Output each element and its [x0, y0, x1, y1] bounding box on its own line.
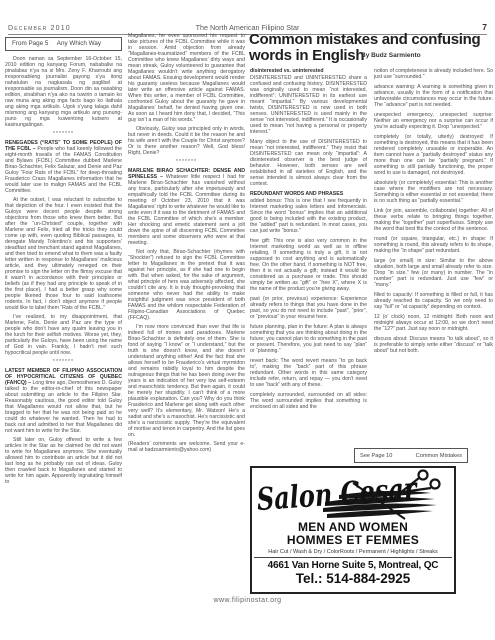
article-paragraph: absolutely (or completely) essential: Th… [374, 180, 493, 204]
english-article-column-2: notion of completeness is already includ… [374, 68, 493, 446]
article-paragraph: advance warning: A warning is something … [374, 84, 493, 108]
paragraph-text: Long time ago, Demosthenes D. Guloy talk… [5, 380, 122, 434]
article-paragraph: completely surrounded, surrounded on all… [250, 392, 367, 410]
article-paragraph: free gift: This one is also very common … [250, 238, 367, 292]
section-heading: REDUNDANT WORDS AND PHRASES [250, 191, 367, 197]
column-title: Any Which Way [57, 41, 101, 47]
see-page-label: See Page 10 [360, 453, 392, 459]
website-footer: www.filipinostar.org [0, 597, 495, 604]
continued-from-label: From Page 5 [12, 41, 48, 47]
article-paragraph: revert back: The word revert means “to g… [250, 358, 367, 388]
continued-on-box: See Page 10 Common Mistakes [354, 448, 468, 463]
ad-phone: Tel.: 514-884-2925 [254, 571, 452, 586]
paragraph-text: People who had keenly followed the eight… [5, 146, 122, 194]
article-paragraph: Still later on, Guloy offered to write a… [5, 437, 122, 485]
salon-cesar-logo: Salon Cesar [255, 469, 451, 521]
section-separator: ******* [5, 359, 122, 365]
ad-line-hommes-femmes: HOMMES ET FEMMES [254, 534, 452, 547]
english-article-column-1: disinterested vs. uninterested DISINTERE… [250, 68, 367, 464]
ad-address: 4661 Van Horne Suite 5, Montreal, QC [254, 560, 452, 571]
ad-services-list: Hair Cut / Wash & Dry / ColorRoots / Per… [254, 549, 452, 558]
article-paragraph: past (or prior, previous) experience: Ex… [250, 296, 367, 320]
see-page-article: Common Mistakes [416, 453, 462, 459]
article-paragraph: completely (or totally, utterly) destroy… [374, 134, 493, 176]
article-paragraph: Not only that, Birao-Schachter (rhymes w… [128, 249, 245, 321]
article-paragraph: round (or square, triangular, etc.) in s… [374, 236, 493, 254]
any-which-way-column-2: Magallanes, he even sponsored his reques… [128, 33, 245, 564]
article-paragraph: notion of completeness is already includ… [374, 68, 493, 80]
article-paragraph: I’m now more convinced than ever that li… [128, 324, 245, 438]
paragraph-text: Whatever little respect I had for Marlen… [128, 174, 245, 246]
article-paragraph: Doon naman sa September 16-October 15, 2… [5, 56, 122, 128]
article-paragraph: Obviously, Guloy was principled only in … [128, 126, 245, 156]
article-paragraph: discuss about: Discuss means “to talk ab… [374, 336, 493, 354]
article-paragraph: future planning, plan in the future: A p… [250, 324, 367, 354]
section-separator: ******* [5, 131, 122, 137]
any-which-way-column-1: From Page 5 Any Which Way Doon naman sa … [5, 37, 122, 564]
readers-note: (Readers’ comments are welcome. Send you… [128, 441, 245, 453]
term-heading: disinterested vs. uninterested [250, 68, 367, 74]
section-separator: ******* [128, 159, 245, 165]
english-article-header: Common mistakes and confusing words in E… [249, 32, 494, 63]
article-paragraph: large (or small) in size: Similar to the… [374, 258, 493, 288]
article-paragraph: unexpected emergency, unexpected surpris… [374, 112, 493, 130]
article-paragraph: I’ve realized, to my disappointment, tha… [5, 314, 122, 356]
article-paragraph: Many object to the use of DISINTERESTED … [250, 139, 367, 187]
continued-from-box: From Page 5 Any Which Way [5, 37, 122, 51]
article-paragraph: RENEGADES (“RATS” TO SOME PEOPLE) OF THE… [5, 140, 122, 194]
article-paragraph: DISINTERESTED and UNINTERESTED share a c… [250, 75, 367, 135]
article-byline: By Budz Sarmiento [361, 52, 421, 59]
article-paragraph: 12 (o’ clock) noon, 12 midnight: Both no… [374, 314, 493, 332]
article-paragraph: MARLENE BIRAO SCHACHTER: DENSE AND SPINE… [128, 168, 245, 246]
salon-cesar-ad: Salon Cesar MEN AND WOMEN HOMMES ET FEMM… [250, 466, 456, 594]
article-paragraph: Magallanes, he even sponsored his reques… [128, 33, 245, 123]
article-paragraph: filled to capacity: If something is fill… [374, 292, 493, 310]
article-paragraph: LATEST MEMBER OF FILIPINO ASSOCIATION OF… [5, 368, 122, 434]
article-paragraph: At the outset, I was reluctant to subscr… [5, 197, 122, 311]
article-paragraph: added bonus: This is one that I see freq… [250, 198, 367, 234]
article-paragraph: Link (or join, assemble, collaborate) to… [374, 208, 493, 232]
newspaper-page: December 2010 The North American Filipin… [0, 0, 495, 640]
